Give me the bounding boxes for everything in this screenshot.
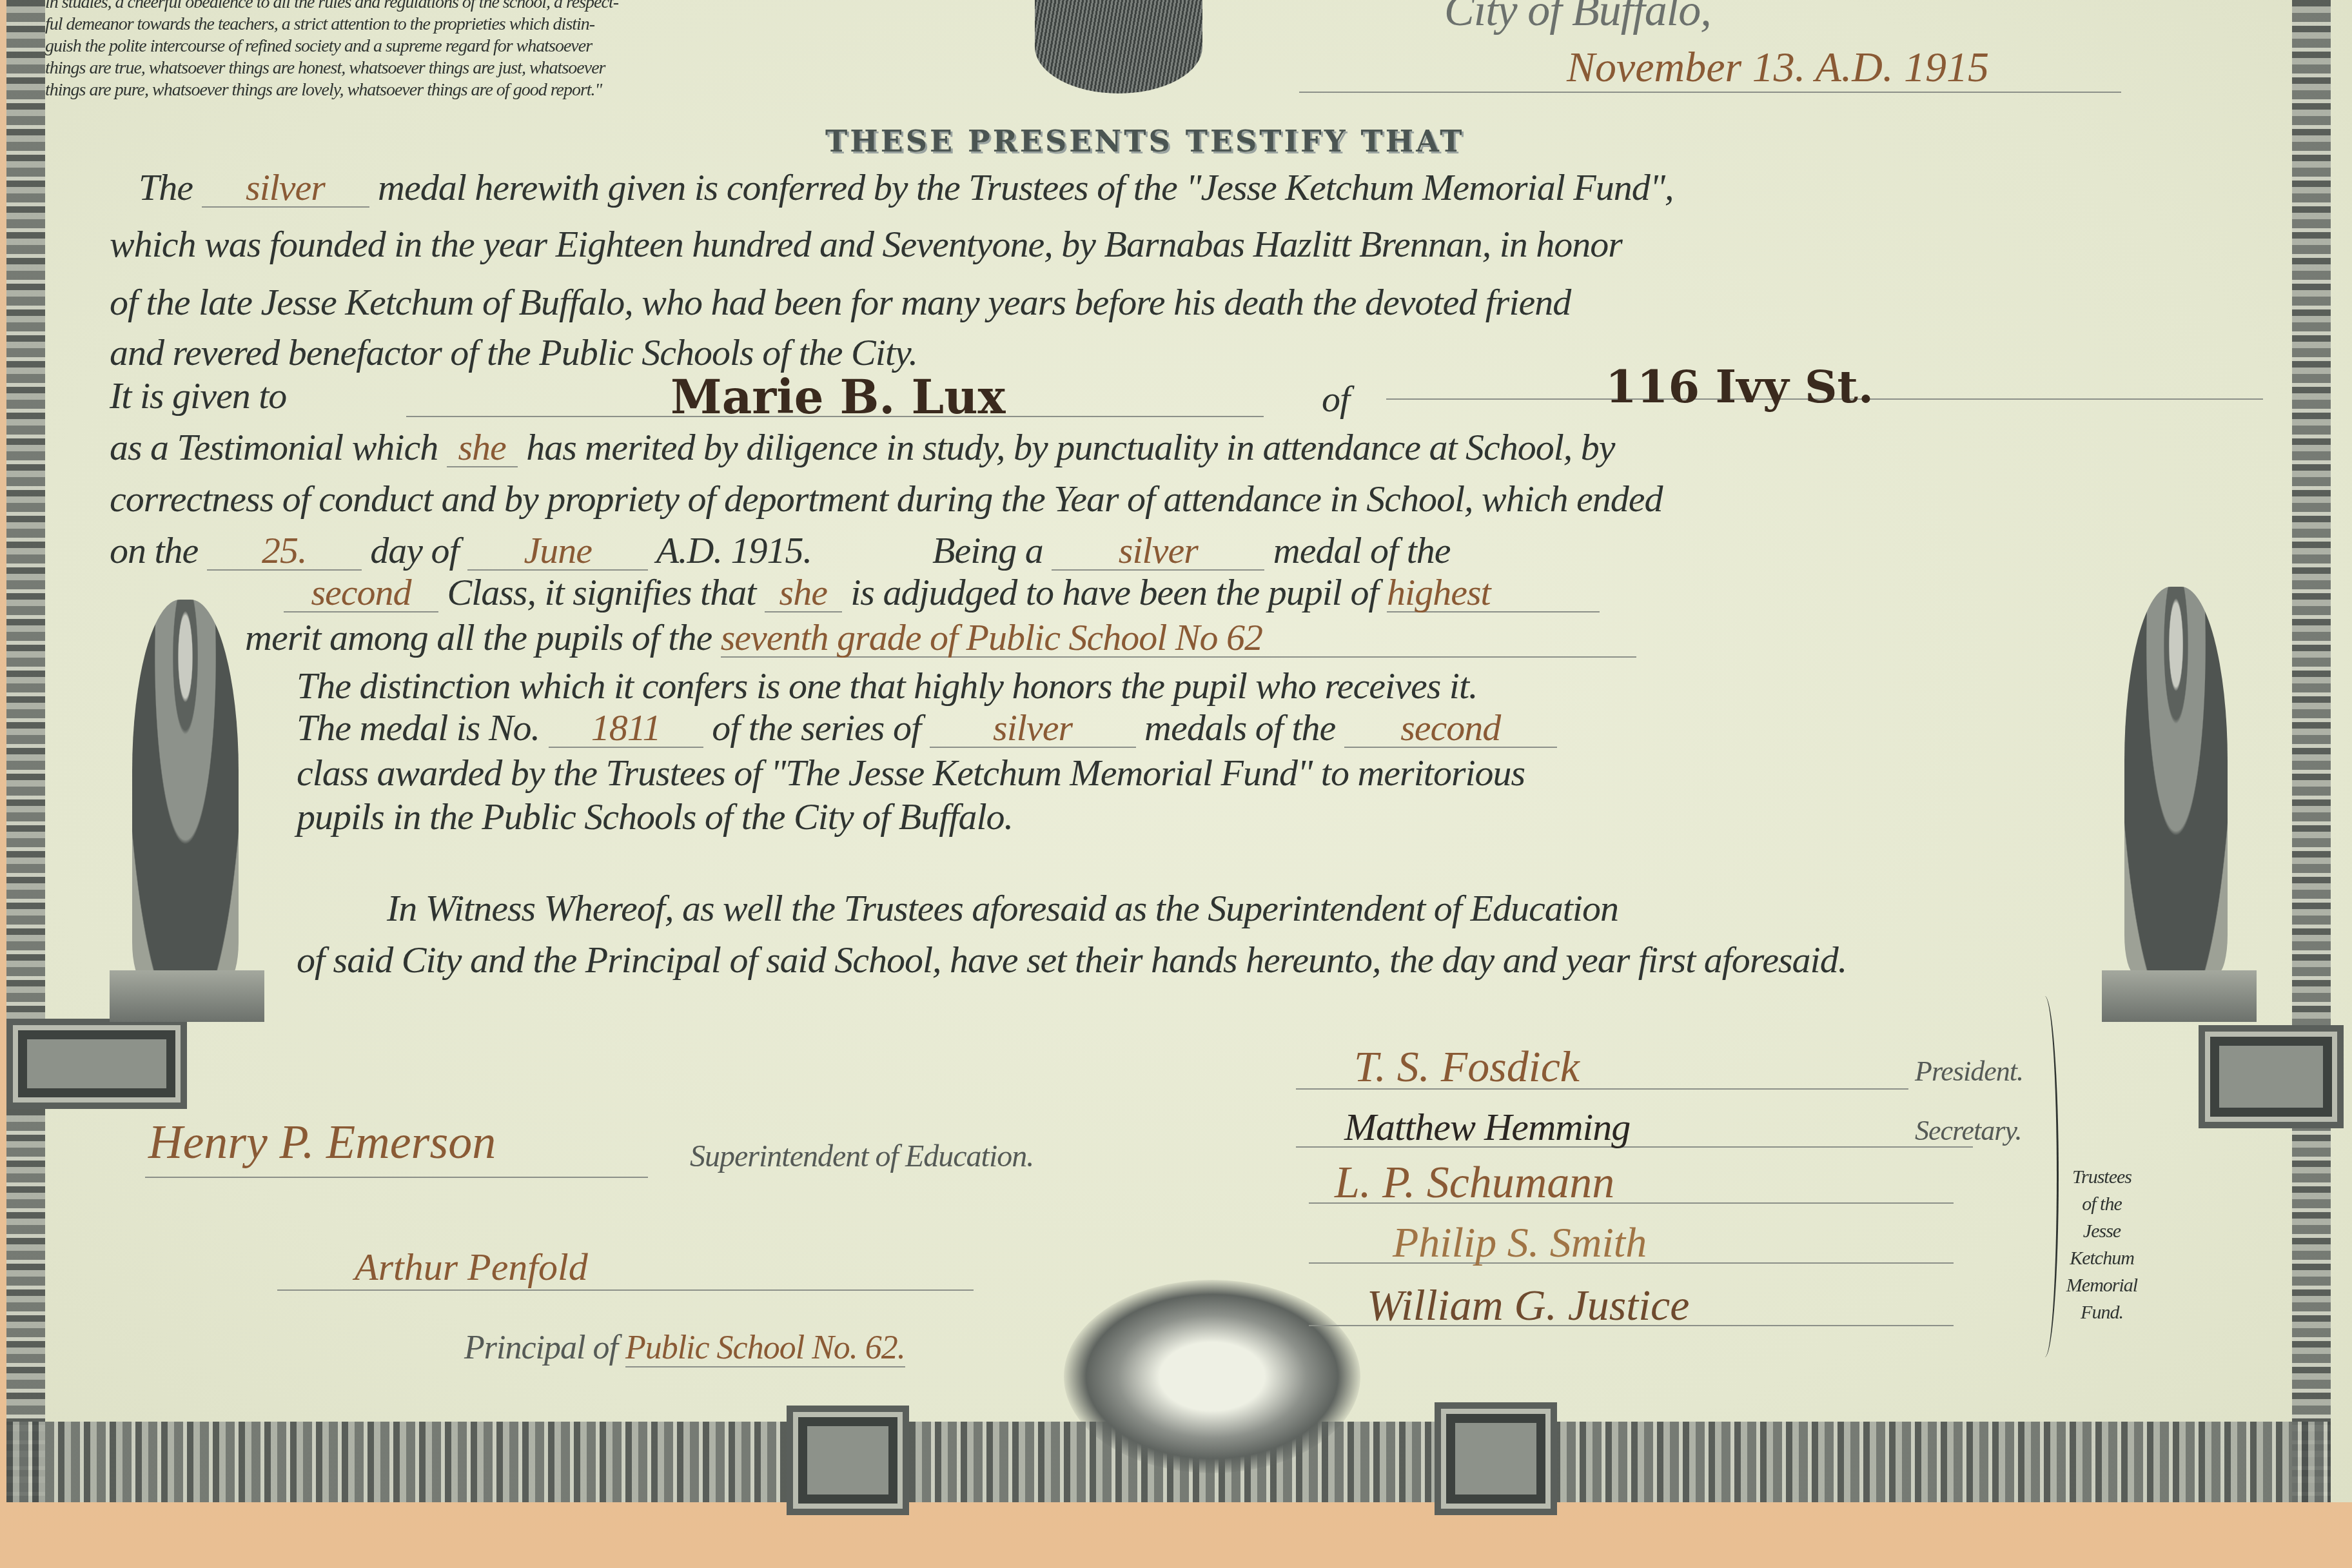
- right-allegorical-figure-engraving: [2124, 587, 2228, 974]
- body-line-2: which was founded in the year Eighteen h…: [110, 226, 1622, 263]
- medal-type-fill: silver: [1052, 532, 1264, 571]
- left-allegorical-figure-engraving: [132, 600, 239, 980]
- class-fill: second: [1344, 709, 1557, 748]
- body-text: of the series of: [712, 707, 921, 749]
- issue-date: November 13. A.D. 1915: [1567, 46, 1989, 89]
- body-line-1: The silver medal herewith given is confe…: [139, 169, 1674, 208]
- trustee-signature: L. P. Schumann: [1335, 1161, 1614, 1206]
- trustee-signature: Philip S. Smith: [1393, 1222, 1647, 1264]
- superintendent-signature: Henry P. Emerson: [148, 1119, 496, 1166]
- body-text: The: [139, 166, 193, 208]
- class-fill: second: [284, 574, 438, 612]
- trustees-label-line: Fund.: [2050, 1299, 2153, 1326]
- body-line-3: of the late Jesse Ketchum of Buffalo, wh…: [110, 284, 1571, 321]
- body-text: is adjudged to have been the pupil of: [850, 571, 1378, 613]
- recipient-name: Marie B. Lux: [671, 374, 1005, 420]
- intro-text-line: guish the polite intercourse of refined …: [45, 36, 592, 57]
- left-pedestal: [110, 970, 264, 1022]
- body-line-14: pupils in the Public Schools of the City…: [297, 798, 1013, 836]
- principal-signature: Arthur Penfold: [355, 1248, 588, 1286]
- body-text: A.D. 1915.: [656, 529, 812, 571]
- principal-title-label: Principal of: [464, 1329, 618, 1366]
- body-line-6: as a Testimonial which she has merited b…: [110, 429, 1615, 467]
- body-text: has merited by diligence in study, by pu…: [526, 426, 1614, 468]
- merit-fill: highest: [1387, 574, 1600, 612]
- trustee-title: President.: [1915, 1057, 2023, 1086]
- body-line-8: on the 25. day of June A.D. 1915. Being …: [110, 532, 1451, 571]
- month-fill: June: [467, 532, 648, 571]
- intro-text-line: ful demeanor towards the teachers, a str…: [45, 14, 594, 35]
- body-text: Class, it signifies that: [447, 571, 756, 613]
- body-line-11: The distinction which it confers is one …: [297, 667, 1478, 705]
- pronoun-fill: she: [447, 429, 518, 467]
- medal-type-fill: silver: [202, 169, 369, 208]
- body-line-10: merit among all the pupils of the sevent…: [245, 619, 1636, 658]
- given-to-label: It is given to: [110, 377, 286, 415]
- trustee-signature: T. S. Fosdick: [1354, 1044, 1580, 1088]
- trustees-label-line: Jesse Ketchum: [2050, 1218, 2153, 1272]
- body-text: The medal is No.: [297, 707, 540, 749]
- of-label: of: [1322, 380, 1349, 418]
- greek-key-ornament: [6, 1019, 187, 1109]
- principal-school: Public School No. 62.: [625, 1329, 905, 1367]
- trustee-signature: William G. Justice: [1367, 1283, 1689, 1327]
- right-pedestal: [2102, 970, 2257, 1022]
- place-text: City of Buffalo,: [1444, 0, 1711, 34]
- body-text: medal herewith given is conferred by the…: [378, 166, 1674, 208]
- body-text: medal of the: [1273, 529, 1451, 571]
- medal-number-fill: 1811: [549, 709, 703, 748]
- witness-line-2: of said City and the Principal of said S…: [297, 941, 1847, 979]
- witness-line-1: In Witness Whereof, as well the Trustees…: [387, 890, 1618, 927]
- body-text: as a Testimonial which: [110, 426, 438, 468]
- body-line-9: second Class, it signifies that she is a…: [284, 574, 1600, 612]
- trustees-label-line: Memorial: [2050, 1272, 2153, 1299]
- body-line-4: and revered benefactor of the Public Sch…: [110, 334, 917, 371]
- body-text: Being a: [932, 529, 1043, 571]
- trustees-label-line: of the: [2050, 1191, 2153, 1218]
- medal-type-fill: silver: [930, 709, 1136, 748]
- certificate-paper: in studies, a cheerful obedience to all …: [6, 0, 2352, 1502]
- body-line-12: The medal is No. 1811 of the series of s…: [297, 709, 1557, 748]
- principal-title: Principal of Public School No. 62.: [464, 1331, 905, 1365]
- greek-key-ornament: [1435, 1402, 1557, 1515]
- trustees-label: Trustees of the Jesse Ketchum Memorial F…: [2050, 1164, 2153, 1326]
- pronoun-fill: she: [765, 574, 842, 612]
- angel-vignette-engraving: [1064, 1280, 1360, 1473]
- left-border: [6, 0, 45, 1502]
- signature-line: [277, 1289, 974, 1291]
- trustee-title: Secretary.: [1915, 1117, 2022, 1145]
- right-border: [2292, 0, 2331, 1502]
- greek-key-ornament: [2199, 1025, 2344, 1128]
- trustees-label-line: Trustees: [2050, 1164, 2153, 1191]
- intro-text-line: things are pure, whatsoever things are l…: [45, 80, 602, 101]
- portrait-engraving: [1035, 0, 1202, 93]
- body-text: medals of the: [1144, 707, 1335, 749]
- intro-text-line: things are true, whatsoever things are h…: [45, 58, 605, 79]
- greek-key-ornament: [787, 1406, 909, 1515]
- body-text: day of: [370, 529, 458, 571]
- body-text: merit among all the pupils of the: [245, 616, 712, 658]
- intro-text-line: in studies, a cheerful obedience to all …: [45, 0, 618, 13]
- body-text: on the: [110, 529, 198, 571]
- date-fill-line: [1299, 92, 2121, 93]
- grade-school-fill: seventh grade of Public School No 62: [721, 619, 1636, 658]
- body-line-13: class awarded by the Trustees of "The Je…: [297, 754, 1525, 792]
- day-fill: 25.: [207, 532, 362, 571]
- body-line-7: correctness of conduct and by propriety …: [110, 480, 1663, 518]
- superintendent-title: Superintendent of Education.: [690, 1141, 1034, 1172]
- recipient-address: 116 Ivy St.: [1605, 364, 1874, 409]
- trustee-signature: Matthew Hemming: [1344, 1108, 1630, 1146]
- signature-line: [145, 1177, 648, 1178]
- headline: THESE PRESENTS TESTIFY THAT: [825, 124, 1465, 159]
